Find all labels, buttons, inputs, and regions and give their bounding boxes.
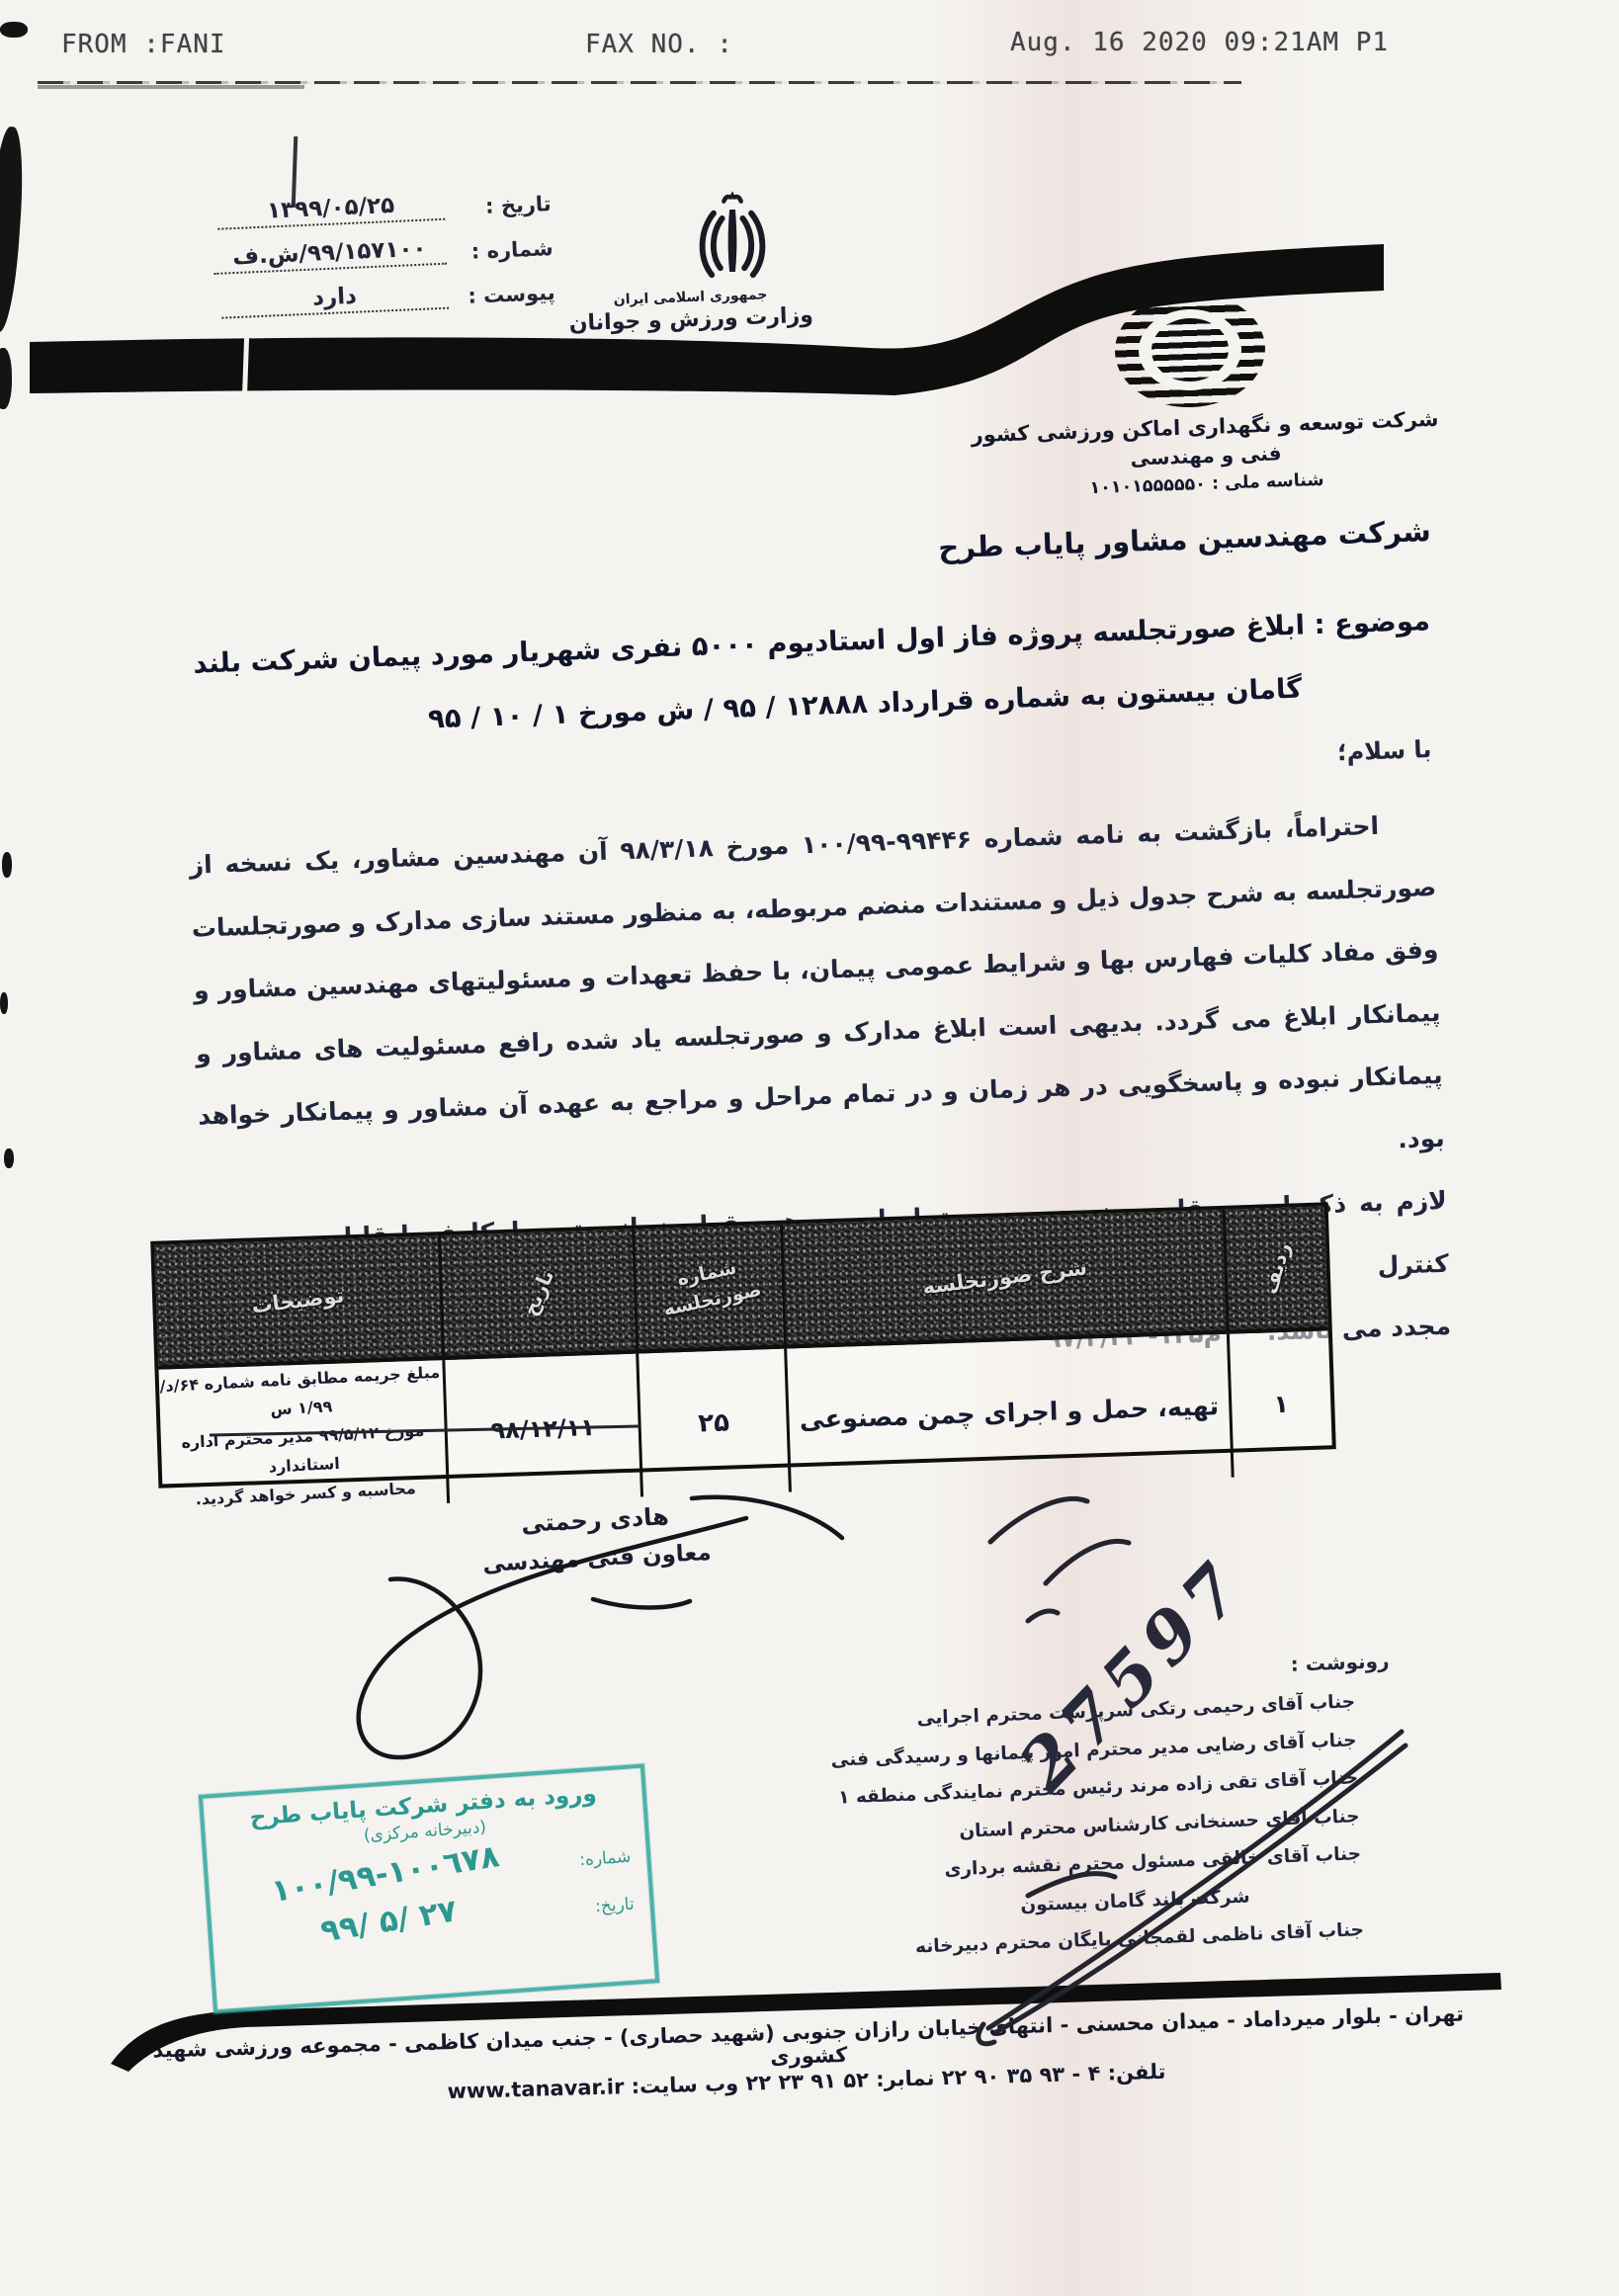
fax-datetime: Aug. 16 2020 09:21AM P1 <box>1010 28 1389 57</box>
scan-artifact <box>0 22 28 38</box>
signature-block: هادی رحمتی معاون فنی مهندسی <box>422 1497 771 1580</box>
ministry-header: جمهوری اسلامی ایران وزارت ورزش و جوانان <box>560 285 820 336</box>
number-value: ۹۹/۱۵۷۱۰۰/ش.ف <box>213 235 447 275</box>
fax-number-label: FAX NO. : <box>585 30 733 59</box>
date-label: تاریخ : <box>456 192 552 219</box>
subject-block: موضوع : ابلاغ صورتجلسه پروژه فاز اول است… <box>183 589 1434 759</box>
signatory-title: معاون فنی مهندسی <box>424 1537 771 1580</box>
minutes-table: ردیف شرح صورتجلسه شماره صورتجلسه تاریخ ت… <box>150 1202 1336 1488</box>
number-label: شماره : <box>458 236 554 264</box>
scan-artifact <box>0 348 12 409</box>
cell-date: ۹۸/۱۲/۱۱ <box>442 1354 640 1503</box>
scan-artifact <box>0 126 27 333</box>
cell-description: تهیه، حمل و اجرای چمن مصنوعی <box>784 1334 1232 1492</box>
fax-from: FROM :FANI <box>61 30 226 59</box>
header-row-number: ردیف <box>1223 1206 1328 1329</box>
attachment-value: دارد <box>220 280 449 319</box>
fax-document-page: FROM :FANI FAX NO. : Aug. 16 2020 09:21A… <box>0 0 1619 2296</box>
iran-emblem-icon <box>674 186 791 289</box>
header-date: تاریخ <box>438 1230 636 1356</box>
cell-row-number: ۱ <box>1227 1330 1333 1477</box>
header-notes: توضیحات <box>154 1235 442 1365</box>
stamp-date-label: تاریخ: <box>549 1895 635 1920</box>
header-description: شرح صورتجلسه <box>780 1210 1227 1345</box>
fax-separator-line-segment <box>38 85 304 89</box>
recipient-line: شرکت مهندسین مشاور پایاب طرح <box>938 514 1432 564</box>
cell-minutes-number: ۲۵ <box>636 1349 789 1497</box>
cell-notes: مبلغ جریمه مطابق نامه شماره ۶۴/د/۱/۹۹ س … <box>157 1358 448 1515</box>
scan-artifact <box>0 992 8 1014</box>
salutation: با سلام؛ <box>1336 735 1431 766</box>
meta-attachment-row: پیوست : دارد <box>100 275 555 324</box>
header-minutes-number: شماره صورتجلسه <box>632 1225 784 1350</box>
meta-date-row: تاریخ : ۱۳۹۹/۰۵/۲۵ <box>96 186 552 235</box>
meta-number-row: شماره : ۹۹/۱۵۷۱۰۰/ش.ف <box>98 230 554 280</box>
signatory-name: هادی رحمتی <box>422 1497 769 1543</box>
stamp-number-label: شماره: <box>546 1847 632 1873</box>
letterhead-meta: تاریخ : ۱۳۹۹/۰۵/۲۵ شماره : ۹۹/۱۵۷۱۰۰/ش.ف… <box>96 186 555 339</box>
fax-separator-line <box>38 81 1241 84</box>
scan-artifact <box>2 852 12 878</box>
entry-stamp: ورود به دفتر شرکت پایاب طرح (دبیرخانه مر… <box>199 1764 659 2014</box>
attachment-label: پیوست : <box>460 281 555 308</box>
company-logo-icon <box>1113 290 1267 409</box>
scan-artifact <box>4 1148 14 1168</box>
company-header: شرکت توسعه و نگهداری اماکن ورزشی کشور فن… <box>970 407 1443 503</box>
date-value: ۱۳۹۹/۰۵/۲۵ <box>216 191 445 230</box>
